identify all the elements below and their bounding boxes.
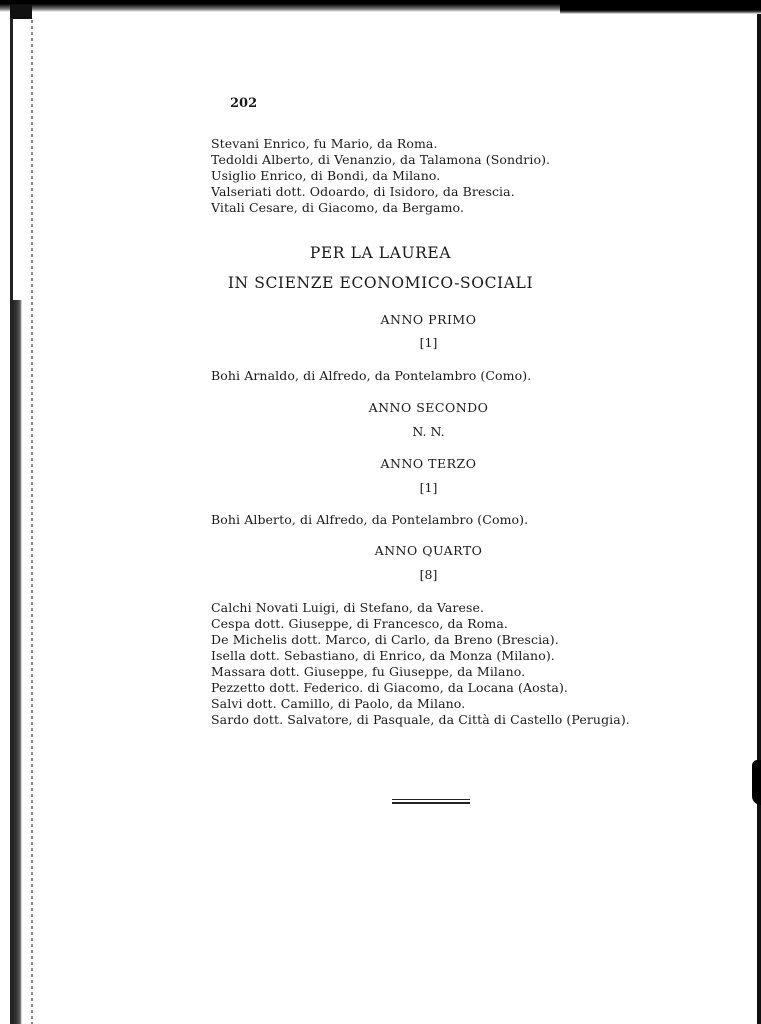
year-heading: ANNO TERZO xyxy=(48,456,761,471)
year-heading: ANNO SECONDO xyxy=(48,400,761,415)
year-heading: ANNO QUARTO xyxy=(48,543,761,558)
scan-right-edge-mark xyxy=(752,760,761,805)
section-title-line1: PER LA LAUREA xyxy=(0,244,761,262)
scan-right-edge xyxy=(757,14,761,1024)
list-item: Pezzetto dott. Federico. di Giacomo, da … xyxy=(211,680,568,695)
scan-corner-mark xyxy=(10,5,32,19)
list-item: Bohi Arnaldo, di Alfredo, da Pontelambro… xyxy=(211,368,531,383)
page-number: 202 xyxy=(230,96,257,111)
list-item: Usiglio Enrico, di Bondi, da Milano. xyxy=(211,168,440,183)
list-item: Cespa dott. Giuseppe, di Francesco, da R… xyxy=(211,616,508,631)
section-title-line2: IN SCIENZE ECONOMICO-SOCIALI xyxy=(0,274,761,292)
scan-left-binding-shadow xyxy=(13,300,22,1024)
closing-rule xyxy=(392,799,470,800)
list-item: Salvi dott. Camillo, di Paolo, da Milano… xyxy=(211,696,465,711)
closing-rule xyxy=(392,802,470,804)
list-item: Bohi Alberto, di Alfredo, da Pontelambro… xyxy=(211,512,528,527)
list-item: De Michelis dott. Marco, di Carlo, da Br… xyxy=(211,632,559,647)
year-count: [8] xyxy=(48,567,761,582)
list-item: Stevani Enrico, fu Mario, da Roma. xyxy=(211,136,438,151)
scan-left-inner-edge xyxy=(31,20,33,1024)
list-item: Valseriati dott. Odoardo, di Isidoro, da… xyxy=(211,184,515,199)
list-item: Tedoldi Alberto, di Venanzio, da Talamon… xyxy=(211,152,550,167)
year-count: [1] xyxy=(48,335,761,350)
list-item: Vitali Cesare, di Giacomo, da Bergamo. xyxy=(211,200,464,215)
scan-top-edge-right xyxy=(560,0,761,14)
list-item: Calchi Novati Luigi, di Stefano, da Vare… xyxy=(211,600,484,615)
year-count: N. N. xyxy=(48,424,761,439)
year-heading: ANNO PRIMO xyxy=(48,312,761,327)
list-item: Sardo dott. Salvatore, di Pasquale, da C… xyxy=(211,712,630,727)
year-count: [1] xyxy=(48,480,761,495)
list-item: Massara dott. Giuseppe, fu Giuseppe, da … xyxy=(211,664,525,679)
list-item: Isella dott. Sebastiano, di Enrico, da M… xyxy=(211,648,555,663)
